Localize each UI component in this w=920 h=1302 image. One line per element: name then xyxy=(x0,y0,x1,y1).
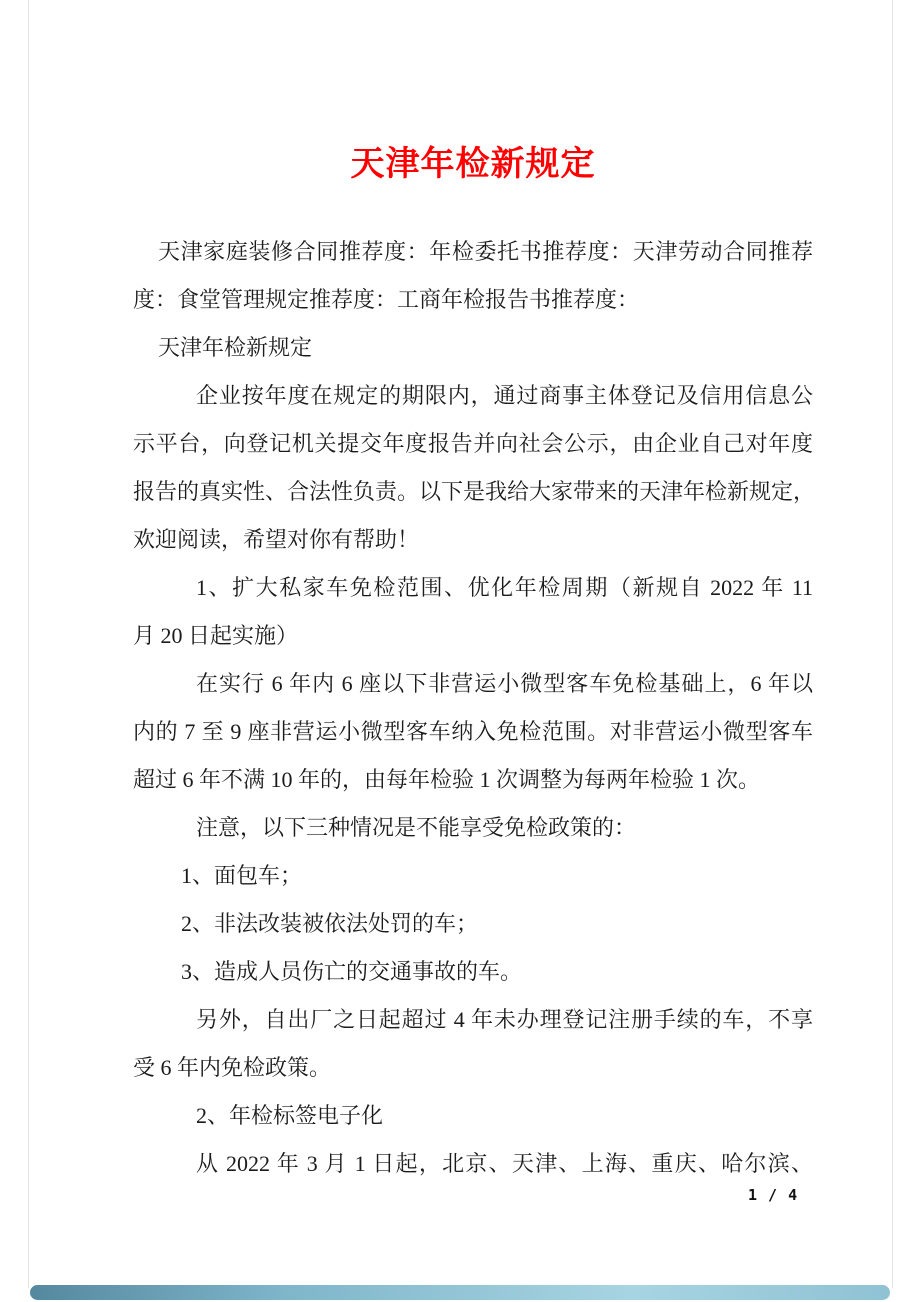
bottom-divider xyxy=(30,1285,890,1300)
doc-line: 在实行 6 年内 6 座以下非营运小微型客车免检基础上，6 年以 xyxy=(133,660,813,708)
doc-line: 从 2022 年 3 月 1 日起，北京、天津、上海、重庆、哈尔滨、 xyxy=(133,1140,813,1188)
doc-line: 内的 7 至 9 座非营运小微型客车纳入免检范围。对非营运小微型客车 xyxy=(133,708,813,756)
doc-line: 3、造成人员伤亡的交通事故的车。 xyxy=(133,948,813,996)
doc-line: 企业按年度在规定的期限内，通过商事主体登记及信用信息公 xyxy=(133,372,813,420)
page-border-right xyxy=(892,0,893,1288)
doc-line: 受 6 年内免检政策。 xyxy=(133,1044,813,1092)
document-body: 天津家庭装修合同推荐度：年检委托书推荐度：天津劳动合同推荐 度：食堂管理规定推荐… xyxy=(133,228,813,1188)
doc-line: 度：食堂管理规定推荐度：工商年检报告书推荐度： xyxy=(133,276,813,324)
doc-line: 2、年检标签电子化 xyxy=(133,1092,813,1140)
doc-line: 天津家庭装修合同推荐度：年检委托书推荐度：天津劳动合同推荐 xyxy=(133,228,813,276)
doc-title: 天津年检新规定 xyxy=(133,144,813,186)
doc-line: 月 20 日起实施） xyxy=(133,612,813,660)
doc-line: 天津年检新规定 xyxy=(133,324,813,372)
doc-line: 1、面包车； xyxy=(133,852,813,900)
doc-line: 另外，自出厂之日起超过 4 年未办理登记注册手续的车，不享 xyxy=(133,996,813,1044)
doc-line: 报告的真实性、合法性负责。以下是我给大家带来的天津年检新规定， xyxy=(133,468,813,516)
doc-line: 示平台，向登记机关提交年度报告并向社会公示，由企业自己对年度 xyxy=(133,420,813,468)
page-number: 1 / 4 xyxy=(748,1186,798,1204)
page-border-left xyxy=(28,0,29,1288)
doc-line: 欢迎阅读，希望对你有帮助！ xyxy=(133,516,813,564)
document-page: 天津年检新规定 天津家庭装修合同推荐度：年检委托书推荐度：天津劳动合同推荐 度：… xyxy=(0,0,920,1302)
doc-line: 1、扩大私家车免检范围、优化年检周期（新规自 2022 年 11 xyxy=(133,564,813,612)
doc-line: 超过 6 年不满 10 年的，由每年检验 1 次调整为每两年检验 1 次。 xyxy=(133,756,813,804)
doc-line: 2、非法改装被依法处罚的车； xyxy=(133,900,813,948)
doc-line: 注意，以下三种情况是不能享受免检政策的： xyxy=(133,804,813,852)
